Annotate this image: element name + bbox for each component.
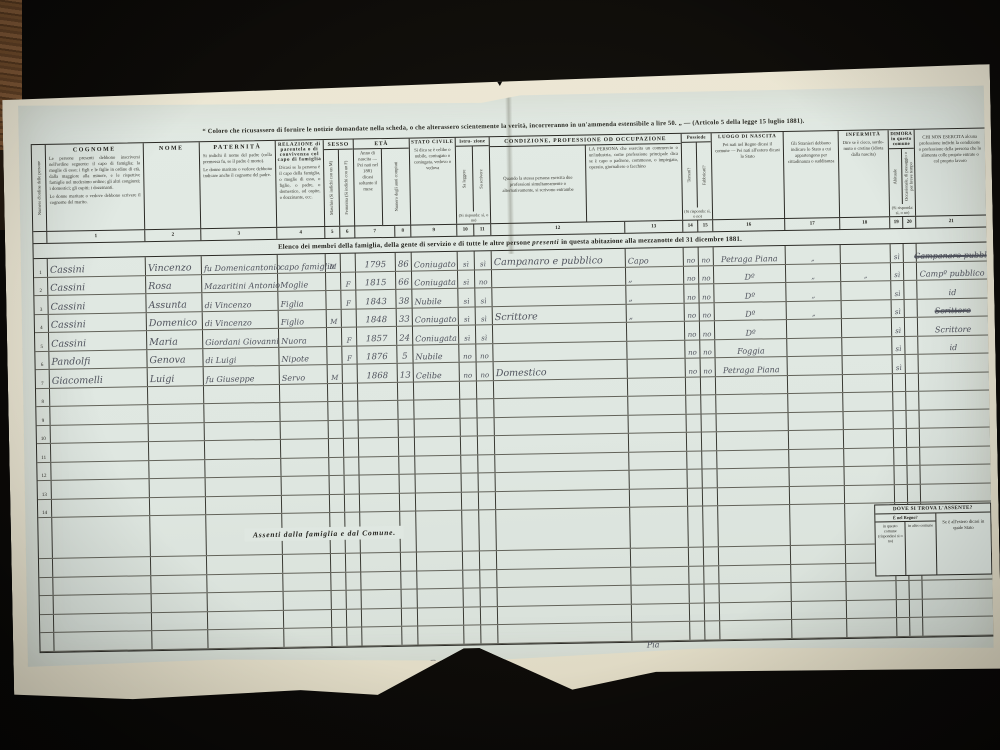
cell-paternita [208, 629, 284, 648]
cell-terreni [687, 451, 702, 469]
col-luogo-nascita: LUOGO DI NASCITA Pei nati nel Regno dica… [712, 132, 785, 219]
cell-paternita [204, 403, 280, 422]
cell-anno-nascita: 1815 [356, 271, 396, 289]
cell-la-persona [627, 340, 685, 359]
cell-stato-civile [418, 607, 464, 625]
col-fabbricati: Fabbricati? [697, 142, 712, 207]
cell-row-number: 9 [36, 407, 50, 425]
cell-stranieri [789, 430, 844, 448]
cell-sa-leggere [464, 588, 481, 606]
cell-relazione [280, 402, 328, 420]
col-infermita: INFERMITÀ Dire se è cieco, sordo-muto o … [839, 130, 890, 217]
cell-femmina [345, 512, 361, 552]
cell-infermita [846, 581, 896, 599]
cell-anno-nascita [362, 608, 402, 626]
cell-infermita [842, 318, 892, 336]
cell-condizione [496, 471, 630, 491]
cell-stranieri [787, 319, 842, 337]
cell-la-persona [629, 433, 687, 452]
cell-paternita [207, 555, 283, 574]
cell-la-persona: „ [626, 285, 684, 304]
col-la-persona: LA PERSONA che esercita un commercio o u… [586, 144, 682, 222]
cell-maschio [330, 513, 346, 553]
cell-condizione [494, 378, 628, 398]
cell-sa-leggere [460, 381, 477, 399]
cell-infermita: „ [841, 263, 891, 281]
cell-anno-nascita: 1868 [358, 364, 398, 382]
col-group-istruzione: Istru- zione Sa leggere Sa scrivere (Si … [456, 137, 491, 224]
cell-dimora-occasionale [906, 410, 919, 428]
cell-cognome: Cassini [48, 276, 146, 295]
cell-stato-civile [416, 474, 462, 492]
cell-anni: 33 [397, 308, 413, 326]
cell-row-number: 5 [35, 333, 49, 351]
col-sa-scrivere: Sa scrivere [473, 146, 490, 211]
cell-femmina [346, 553, 361, 571]
cell-stranieri [787, 338, 842, 356]
cell-nome [149, 460, 205, 478]
cell-la-persona [629, 414, 687, 433]
cell-terreni: no [685, 322, 700, 340]
cell-dimora-abituale [893, 373, 906, 391]
col-group-dimora: DIMORA in questo comune Abituale Occasio… [889, 130, 916, 216]
cell-sa-scrivere [478, 436, 495, 454]
cell-luogo-nascita [717, 412, 789, 431]
cell-sa-scrivere: no [476, 344, 493, 362]
cell-la-persona [630, 507, 689, 548]
cell-relazione: Servo [280, 365, 328, 383]
cell-dimora-abituale [896, 581, 909, 599]
cell-paternita: di Luigi [203, 347, 279, 366]
cell-cognome [50, 387, 148, 406]
cell-anno-nascita [358, 401, 398, 419]
cell-cognome: Cassini [48, 294, 146, 313]
cell-stranieri [790, 486, 845, 504]
cell-la-persona [629, 451, 687, 470]
cell-anno-nascita: 1876 [357, 345, 397, 363]
cell-sa-leggere: no [459, 344, 476, 362]
cell-sa-leggere [464, 607, 481, 625]
cell-infermita [843, 411, 893, 429]
cell-maschio [328, 402, 343, 420]
cell-stato-civile [414, 381, 460, 399]
cell-dimora-abituale [894, 466, 907, 484]
cell-cognome: Giacomelli [50, 368, 148, 387]
cell-chi-non-esercita [919, 353, 989, 372]
cell-luogo-nascita: Petraga Piana [716, 357, 788, 376]
cell-anni [400, 512, 417, 552]
col-chi-non-esercita: CHI NON ESERCITA alcuna professione indi… [915, 129, 986, 216]
cell-anno-nascita [360, 512, 401, 553]
cell-stato-civile: Coniugata [412, 270, 458, 288]
cell-maschio [329, 420, 344, 438]
cell-la-persona: Capo [626, 248, 684, 267]
cell-sa-scrivere: sì [476, 325, 493, 343]
cell-terreni [690, 621, 705, 639]
cell-stranieri [788, 393, 843, 411]
cell-femmina [343, 383, 358, 401]
cell-anni: 5 [397, 345, 413, 363]
cell-dimora-occasionale [909, 581, 922, 599]
cell-stranieri: „ [786, 282, 841, 300]
cell-infermita [843, 355, 893, 373]
cell-row-number [39, 577, 53, 595]
cell-luogo-nascita [717, 468, 789, 487]
cell-anni [398, 382, 414, 400]
cell-dimora-occasionale [906, 373, 919, 391]
cell-terreni [689, 566, 704, 584]
cell-nome [151, 556, 207, 574]
cell-relazione [283, 554, 331, 572]
cell-stato-civile: Coniugata [413, 326, 459, 344]
cell-relazione: Figlio [279, 310, 327, 328]
col-group-possiede: Possiede Terreni? Fabbricati? (Si rispon… [682, 133, 713, 220]
cell-paternita: fu Giuseppe [204, 366, 280, 385]
cell-anni [399, 438, 415, 456]
cell-dimora-abituale [897, 618, 910, 636]
column-number: 15 [698, 220, 713, 231]
cell-fabbricati: no [700, 340, 715, 358]
cell-fabbricati: no [700, 321, 715, 339]
cell-chi-non-esercita [920, 427, 990, 446]
column-number: 11 [474, 224, 491, 235]
cell-nome: Genova [147, 349, 203, 367]
cell-condizione [497, 567, 631, 587]
cell-dimora-occasionale [905, 299, 918, 317]
cell-nome [152, 612, 208, 630]
cell-nome [150, 497, 206, 515]
cell-luogo-nascita: Dº [714, 265, 786, 284]
cell-row-number: 4 [35, 314, 49, 332]
cell-femmina [344, 420, 359, 438]
cell-luogo-nascita [719, 546, 791, 565]
cell-nome [148, 386, 204, 404]
cell-anni [402, 626, 418, 644]
cell-anno-nascita [360, 475, 400, 493]
cell-relazione: capo famiglia [278, 254, 326, 272]
cell-anni: 38 [396, 290, 412, 308]
cell-la-persona [628, 396, 686, 415]
cell-cognome [51, 442, 149, 461]
cell-condizione [496, 508, 631, 550]
census-form-sheet: “ Coloro che ricusassero di fornire le n… [18, 86, 994, 671]
cell-condizione [493, 341, 627, 361]
cell-cognome [50, 405, 148, 424]
cell-luogo-nascita [720, 601, 792, 620]
cell-femmina [347, 627, 362, 645]
cell-paternita [208, 610, 284, 629]
cell-maschio [326, 272, 341, 290]
cell-row-number: 2 [34, 277, 48, 295]
cell-dimora-occasionale [906, 392, 919, 410]
handwritten-annotation: Pia [647, 640, 660, 649]
col-anno-nascita: Anno di nascita — Pei nati nel 1881 dica… [354, 149, 383, 225]
cell-fabbricati [704, 566, 719, 584]
col-cognome: COGNOME Le persone presenti debbono insc… [46, 143, 145, 231]
cell-sa-leggere: sì [459, 307, 476, 325]
cell-sa-scrivere [478, 455, 495, 473]
cell-femmina: F [341, 272, 356, 290]
column-number: 16 [713, 219, 785, 231]
cell-luogo-nascita [719, 564, 791, 583]
cell-cognome [54, 631, 152, 650]
cell-terreni [688, 506, 704, 546]
cell-infermita [842, 337, 892, 355]
cell-stato-civile: Celibe [414, 363, 460, 381]
cell-terreni [686, 377, 701, 395]
cell-stato-civile: Nubile [413, 344, 459, 362]
cell-nome [151, 575, 207, 593]
cell-anni: 66 [396, 271, 412, 289]
cell-row-number: 14 [38, 499, 52, 517]
cell-condizione [492, 286, 626, 306]
cell-condizione [494, 397, 628, 417]
col-stranieri: Gli Stranieri debbono indicare lo Stato … [784, 131, 840, 218]
cell-anni: 13 [398, 364, 414, 382]
cell-sa-scrivere [481, 588, 498, 606]
cell-stato-civile: Coniugato [413, 307, 459, 325]
cell-stato-civile [415, 437, 461, 455]
cell-fabbricati: no [699, 247, 714, 265]
cell-maschio: M [326, 254, 341, 272]
cell-relazione: Nipote [279, 347, 327, 365]
cell-paternita: di Vincenzo [203, 310, 279, 329]
cell-sa-scrivere [481, 607, 498, 625]
cell-anno-nascita [359, 438, 399, 456]
cell-paternita [205, 458, 281, 477]
cell-stranieri [791, 564, 846, 582]
cell-luogo-nascita [717, 449, 789, 468]
cell-nome [150, 478, 206, 496]
dove-altro-comune: in altro comune [906, 521, 936, 575]
cell-fabbricati [702, 451, 717, 469]
cell-nome: Luigi [148, 367, 204, 385]
cell-la-persona [630, 488, 688, 507]
column-number: 7 [355, 226, 395, 238]
cell-sa-leggere [461, 455, 478, 473]
cell-dimora-abituale [894, 429, 907, 447]
cell-maschio: M [327, 309, 342, 327]
cell-dimora-occasionale [907, 447, 920, 465]
cell-stato-civile [414, 400, 460, 418]
cell-paternita [208, 592, 284, 611]
cell-infermita [841, 244, 891, 262]
column-number: 19 [890, 217, 903, 228]
cell-maschio [329, 439, 344, 457]
cell-sa-scrivere [479, 492, 496, 510]
cell-dimora-abituale [893, 392, 906, 410]
cell-condizione [495, 415, 629, 435]
cell-relazione [282, 495, 330, 513]
cell-condizione [498, 586, 632, 606]
column-number: 4 [277, 227, 325, 239]
cell-relazione [282, 476, 330, 494]
cell-femmina [345, 475, 360, 493]
cell-luogo-nascita [716, 375, 788, 394]
col-paternita: PATERNITÀ Si indichi il nome del padre (… [200, 141, 277, 228]
cell-cognome [52, 498, 150, 517]
cell-anni: 24 [397, 327, 413, 345]
cell-terreni [687, 414, 702, 432]
cell-relazione: Nuora [279, 328, 327, 346]
cell-stato-civile: Coniugato [412, 252, 458, 270]
cell-sa-scrivere: sì [475, 288, 492, 306]
cell-paternita [205, 440, 281, 459]
cell-paternita [206, 514, 283, 555]
cell-femmina [343, 402, 358, 420]
cell-sa-leggere [460, 399, 477, 417]
cell-fabbricati [703, 506, 719, 546]
column-number: 17 [785, 218, 840, 230]
cell-fabbricati [701, 395, 716, 413]
cell-cognome: Cassini [49, 313, 147, 332]
cell-fabbricati [702, 414, 717, 432]
cell-row-number [38, 518, 53, 558]
cell-femmina [346, 572, 361, 590]
cell-cognome [52, 479, 150, 498]
cell-cognome: Cassini [48, 257, 146, 276]
cell-sa-leggere: no [460, 362, 477, 380]
cell-stranieri [792, 601, 847, 619]
cell-sa-scrivere [480, 551, 497, 569]
head-of-family-signature: Il Comune e Bandano Palone [361, 649, 990, 672]
cell-terreni: no [685, 340, 700, 358]
cell-anno-nascita: 1843 [356, 290, 396, 308]
column-number [33, 232, 47, 243]
cell-stranieri [788, 375, 843, 393]
cell-fabbricati: no [699, 266, 714, 284]
cell-sa-leggere [464, 625, 481, 643]
cell-chi-non-esercita [920, 464, 990, 483]
col-sa-leggere: Sa leggere [456, 146, 474, 211]
cell-luogo-nascita [718, 486, 790, 505]
column-number: 8 [395, 226, 411, 237]
cell-sa-scrivere: no [477, 362, 494, 380]
cell-terreni [687, 433, 702, 451]
cell-row-number: 3 [34, 296, 48, 314]
column-number: 21 [916, 216, 986, 228]
cell-chi-non-esercita: id [918, 335, 988, 354]
cell-maschio [330, 494, 345, 512]
cell-fabbricati [702, 469, 717, 487]
cell-stranieri [789, 467, 844, 485]
cell-fabbricati [705, 603, 720, 621]
cell-cognome [52, 516, 151, 558]
dove-regno-group: È nel Regno? in questo comune(rispondasi… [875, 513, 937, 575]
cell-anno-nascita: 1795 [356, 253, 396, 271]
cell-luogo-nascita: Dº [715, 320, 787, 339]
cell-dimora-abituale [897, 599, 910, 617]
cell-anno-nascita: 1857 [357, 327, 397, 345]
cell-maschio [328, 383, 343, 401]
cell-anni [398, 401, 414, 419]
cell-chi-non-esercita: Scrittore [918, 316, 988, 335]
cell-luogo-nascita [720, 620, 792, 639]
cell-anno-nascita [362, 627, 402, 645]
cell-anno-nascita [361, 571, 401, 589]
cell-fabbricati [703, 488, 718, 506]
cell-sa-leggere [462, 473, 479, 491]
cell-infermita [844, 466, 894, 484]
cell-sa-leggere [461, 436, 478, 454]
cell-paternita [204, 384, 280, 403]
cell-chi-non-esercita [919, 372, 989, 391]
cell-infermita [843, 392, 893, 410]
cell-chi-non-esercita [922, 579, 992, 598]
cell-stato-civile [418, 589, 464, 607]
cell-femmina [343, 365, 358, 383]
cell-terreni [687, 470, 702, 488]
cell-anni [400, 475, 416, 493]
cell-dimora-abituale [894, 447, 907, 465]
cell-row-number [39, 559, 53, 577]
cell-fabbricati [704, 547, 719, 565]
cell-nome: Vincenzo [146, 256, 202, 274]
cell-anno-nascita: 1848 [357, 308, 397, 326]
cell-row-number: 13 [38, 481, 52, 499]
cell-condizione [492, 267, 626, 287]
cell-cognome [51, 461, 149, 480]
cell-anni [402, 608, 418, 626]
cell-fabbricati: no [700, 303, 715, 321]
cell-row-number: 11 [37, 444, 51, 462]
cell-dimora-abituale: sì [892, 318, 905, 336]
cell-anni [401, 571, 417, 589]
cell-la-persona [627, 322, 685, 341]
cell-stato-civile [415, 418, 461, 436]
column-number: 14 [683, 221, 698, 232]
cell-terreni [686, 396, 701, 414]
cell-stato-civile [415, 455, 461, 473]
cell-stranieri [792, 619, 847, 637]
census-table: Numero d'ordine delle persone COGNOME Le… [31, 128, 995, 653]
col-group-eta: ETÀ Anno di nascita — Pei nati nel 1881 … [354, 139, 411, 226]
cell-row-number [40, 633, 54, 651]
cell-dimora-occasionale [906, 355, 919, 373]
cell-row-number [40, 614, 54, 632]
cell-chi-non-esercita: Scrittore [918, 298, 988, 317]
cell-sa-scrivere [479, 510, 497, 550]
col-dimora-abituale: Abituale [889, 149, 903, 204]
cell-chi-non-esercita [920, 446, 990, 465]
cell-stranieri: „ [787, 301, 842, 319]
cell-anni [399, 419, 415, 437]
paper-tear-top [492, 73, 507, 86]
cell-condizione [498, 623, 632, 643]
cell-infermita [843, 374, 893, 392]
cell-stranieri [789, 449, 844, 467]
cell-anni [401, 553, 417, 571]
cell-nome [152, 593, 208, 611]
cell-dimora-occasionale [910, 599, 923, 617]
cell-luogo-nascita: Dº [714, 283, 786, 302]
cell-luogo-nascita [718, 505, 791, 546]
cell-nome: Domenico [147, 312, 203, 330]
cell-maschio [331, 554, 346, 572]
cell-dimora-abituale: sì [892, 336, 905, 354]
cell-luogo-nascita: Petraga Piana [714, 246, 786, 265]
cell-femmina: F [342, 346, 357, 364]
cell-row-number: 1 [34, 259, 48, 277]
cell-dimora-abituale: sì [891, 281, 904, 299]
cell-sa-scrivere [477, 381, 494, 399]
cell-row-number: 10 [37, 425, 51, 443]
cell-maschio [330, 476, 345, 494]
cell-paternita [205, 421, 281, 440]
cell-dimora-occasionale [905, 318, 918, 336]
column-number: 18 [840, 217, 890, 229]
cell-luogo-nascita [717, 431, 789, 450]
